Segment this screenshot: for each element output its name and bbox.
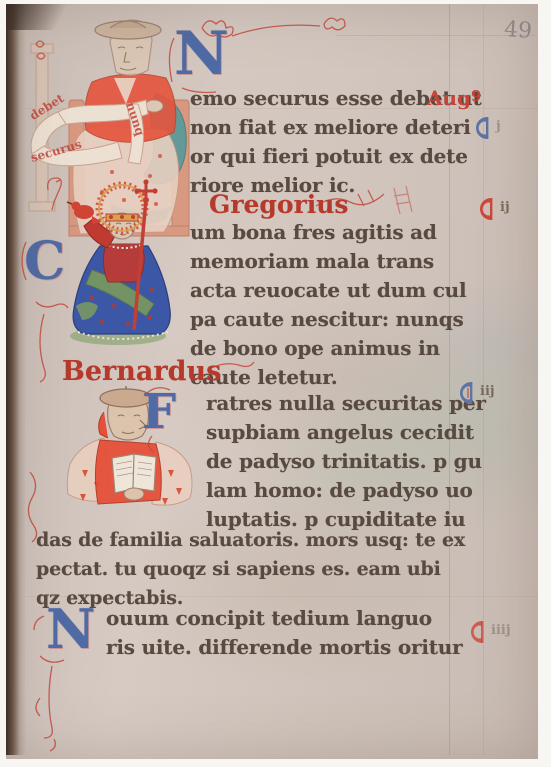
photo-vignette [6, 4, 538, 759]
parchment: 49 [6, 4, 538, 759]
manuscript-photo: 49 [0, 0, 551, 767]
